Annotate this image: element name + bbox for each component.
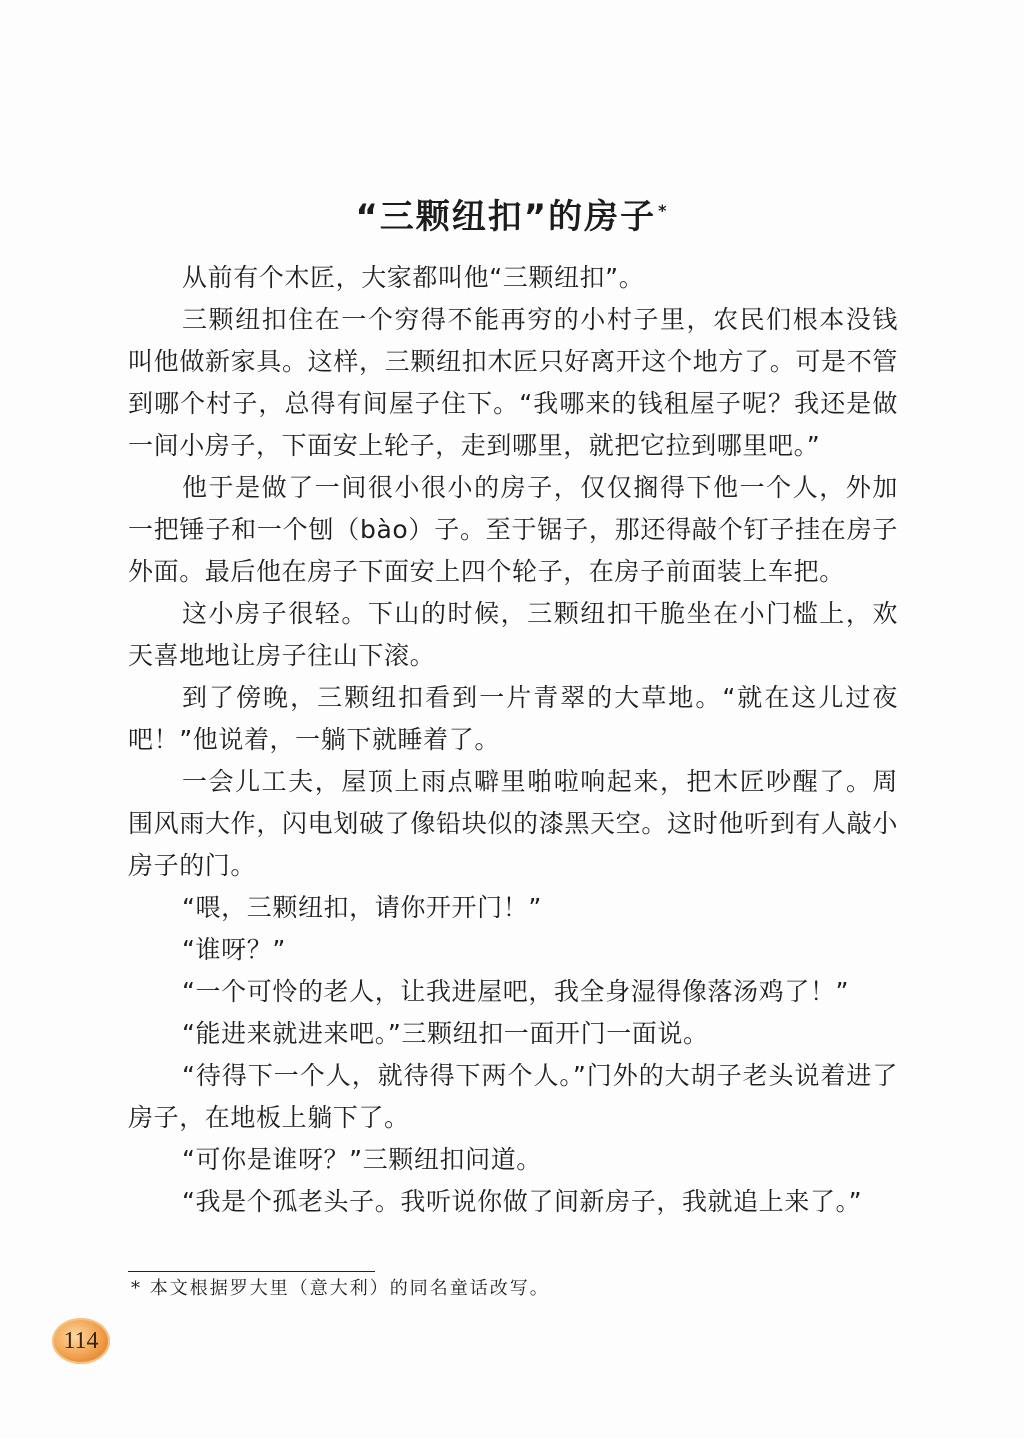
paragraph: 一会儿工夫，屋顶上雨点噼里啪啦响起来，把木匠吵醒了。周围风雨大作，闪电划破了像铅… — [128, 761, 898, 887]
lesson-title-text: “三颗纽扣”的房子 — [355, 197, 656, 237]
paragraph: “喂，三颗纽扣，请你开开门！” — [128, 887, 898, 929]
footnote: * 本文根据罗大里（意大利）的同名童话改写。 — [131, 1275, 550, 1303]
story-body: 从前有个木匠，大家都叫他“三颗纽扣”。 三颗纽扣住在一个穷得不能再穷的小村子里，… — [128, 257, 898, 1223]
paragraph: “可你是谁呀？”三颗纽扣问道。 — [128, 1139, 898, 1181]
page-number-badge: 114 — [52, 1318, 110, 1364]
title-footnote-marker: * — [658, 201, 668, 220]
textbook-page: “三颗纽扣”的房子* 从前有个木匠，大家都叫他“三颗纽扣”。 三颗纽扣住在一个穷… — [0, 0, 1024, 1439]
paragraph: 他于是做了一间很小很小的房子，仅仅搁得下他一个人，外加一把锤子和一个刨（bào）… — [128, 467, 898, 593]
lesson-title: “三颗纽扣”的房子* — [0, 193, 1024, 241]
paragraph: “能进来就进来吧。”三颗纽扣一面开门一面说。 — [128, 1013, 898, 1055]
paragraph: “待得下一个人，就待得下两个人。”门外的大胡子老头说着进了房子，在地板上躺下了。 — [128, 1055, 898, 1139]
paragraph: “谁呀？” — [128, 929, 898, 971]
paragraph: 这小房子很轻。下山的时候，三颗纽扣干脆坐在小门槛上，欢天喜地地让房子往山下滚。 — [128, 593, 898, 677]
paragraph: “我是个孤老头子。我听说你做了间新房子，我就追上来了。” — [128, 1181, 898, 1223]
paragraph: 三颗纽扣住在一个穷得不能再穷的小村子里，农民们根本没钱叫他做新家具。这样，三颗纽… — [128, 299, 898, 467]
footnote-divider — [128, 1271, 375, 1272]
paragraph: “一个可怜的老人，让我进屋吧，我全身湿得像落汤鸡了！” — [128, 971, 898, 1013]
paragraph: 从前有个木匠，大家都叫他“三颗纽扣”。 — [128, 257, 898, 299]
page-number: 114 — [63, 1328, 98, 1355]
paragraph: 到了傍晚，三颗纽扣看到一片青翠的大草地。“就在这儿过夜吧！”他说着，一躺下就睡着… — [128, 677, 898, 761]
